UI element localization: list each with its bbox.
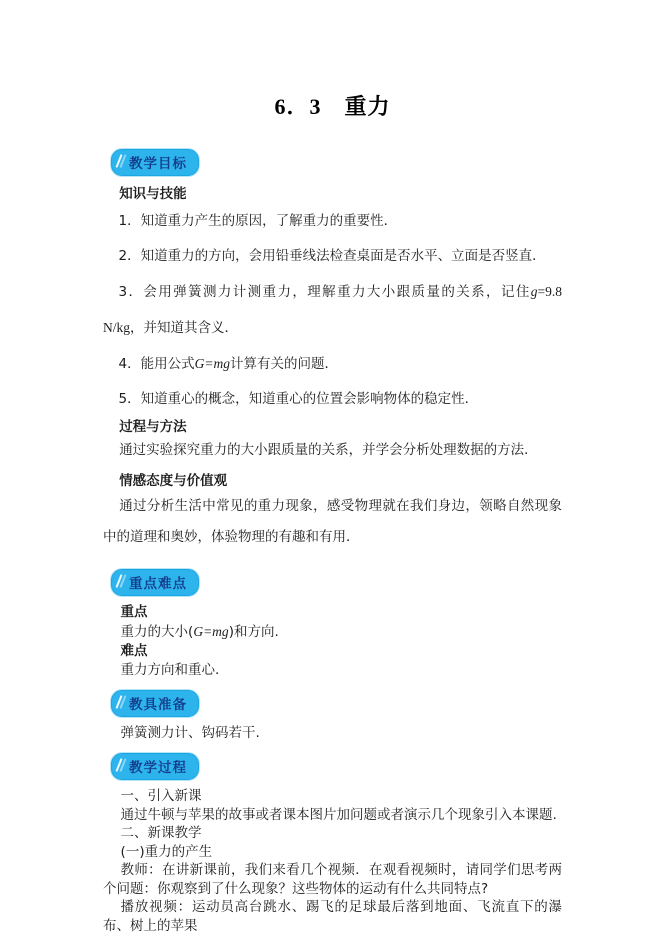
- process-method-text: 通过实验探究重力的大小跟质量的关系，并学会分析处理数据的方法．: [103, 437, 562, 463]
- section-badge-label: 重点难点: [129, 576, 187, 592]
- section-badge-objectives: 教学目标: [111, 149, 199, 176]
- objective-item-2: 2．知道重力的方向，会用铅垂线法检查桌面是否水平、立面是否竖直．: [103, 239, 562, 274]
- process-method-heading: 过程与方法: [103, 417, 562, 437]
- objective-item-5: 5．知道重心的概念，知道重心的位置会影响物体的稳定性．: [103, 382, 562, 417]
- emotion-values-text: 通过分析生活中常见的重力现象，感受物理就在我们身边，领略自然现象中的道理和奥妙，…: [103, 491, 562, 553]
- section-badge-key-points: 重点难点: [111, 569, 199, 596]
- knowledge-skills-heading: 知识与技能: [103, 184, 562, 204]
- objective-item-4: 4．能用公式G=mg计算有关的问题．: [103, 346, 562, 382]
- objective-item-4-tail: 计算有关的问题．: [230, 356, 338, 372]
- procedure-block: 一、引入新课 通过牛顿与苹果的故事或者课本图片加问题或者演示几个现象引入本课题.…: [103, 787, 562, 935]
- objective-item-1: 1．知道重力产生的原因，了解重力的重要性．: [103, 204, 562, 239]
- procedure-step2-heading: 二、新课教学: [103, 824, 562, 843]
- objective-item-4-text: 4．能用公式: [119, 356, 195, 372]
- procedure-part1-heading: (一)重力的产生: [103, 843, 562, 862]
- materials-text: 弹簧测力计、钩码若干.: [103, 724, 562, 743]
- section-badge-procedure: 教学过程: [111, 753, 199, 780]
- difficulty-heading: 难点: [103, 642, 562, 661]
- key-point-text-pre: 重力的大小(: [121, 624, 194, 640]
- procedure-teacher-line: 教师：在讲新课前，我们来看几个视频．在观看视频时，请同学们思考两个问题：你观察到…: [103, 861, 562, 898]
- section-badge-label: 教具准备: [129, 697, 187, 713]
- section-badge-materials: 教具准备: [111, 690, 199, 717]
- formula-G-mg: G=mg: [193, 624, 228, 639]
- emotion-values-heading: 情感态度与价值观: [103, 471, 562, 491]
- key-point-heading: 重点: [103, 603, 562, 622]
- procedure-video-line: 播放视频：运动员高台跳水、踢飞的足球最后落到地面、飞流直下的瀑布、树上的苹果: [103, 898, 562, 935]
- objective-item-3: 3．会用弹簧测力计测重力，理解重力大小跟质量的关系，记住g=9.8 N/kg，并…: [103, 274, 562, 346]
- objective-item-3-text: 3．会用弹簧测力计测重力，理解重力大小跟质量的关系，记住: [119, 284, 531, 300]
- formula-g: g: [531, 284, 538, 299]
- page-title: 6．3 重力: [103, 0, 562, 121]
- key-points-block: 重点 重力的大小(G=mg)和方向. 难点 重力方向和重心.: [103, 603, 562, 680]
- formula-G-mg: G=mg: [195, 356, 230, 371]
- procedure-step1-heading: 一、引入新课: [103, 787, 562, 806]
- section-badge-label: 教学过程: [129, 760, 187, 776]
- document-page: 6．3 重力 教学目标 知识与技能 1．知道重力产生的原因，了解重力的重要性． …: [0, 0, 661, 935]
- key-point-text: 重力的大小(G=mg)和方向.: [103, 622, 562, 642]
- procedure-step1-text: 通过牛顿与苹果的故事或者课本图片加问题或者演示几个现象引入本课题.: [103, 806, 562, 825]
- difficulty-text: 重力方向和重心.: [103, 661, 562, 680]
- objective-item-3-tail: ，并知道其含义．: [130, 320, 238, 336]
- key-point-text-post: )和方向.: [229, 624, 279, 640]
- section-badge-label: 教学目标: [129, 156, 187, 172]
